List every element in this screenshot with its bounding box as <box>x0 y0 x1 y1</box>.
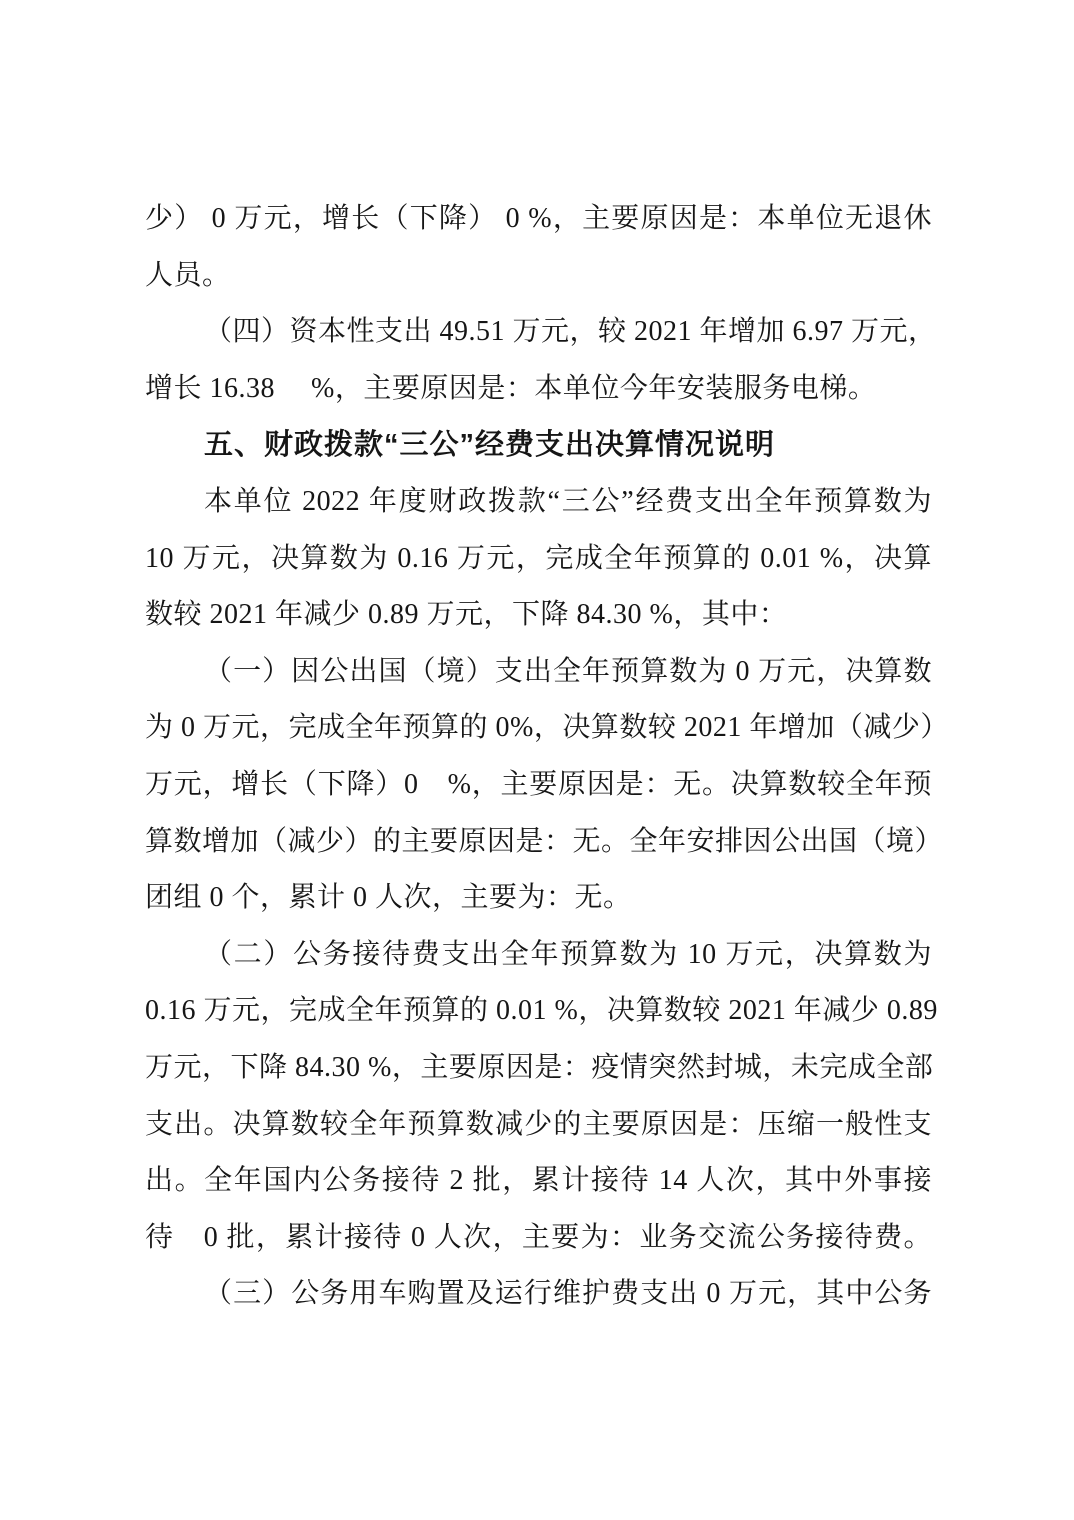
text-line: 待 0 批，累计接待 0 人次，主要为：业务交流公务接待费。 <box>145 1210 932 1267</box>
text-line: 数较 2021 年减少 0.89 万元，下降 84.30 %，其中： <box>145 587 932 644</box>
paragraph-three-public-summary: 本单位 2022 年度财政拨款“三公”经费支出全年预算数为 10 万元，决算数为… <box>145 474 932 644</box>
text-line: （四）资本性支出 49.51 万元，较 2021 年增加 6.97 万元， <box>145 304 932 361</box>
text-line: 万元，下降 84.30 %，主要原因是：疫情突然封城，未完成全部 <box>145 1040 932 1097</box>
document-text-block: 少） 0 万元，增长（下降） 0 %，主要原因是：本单位无退休 人员。 （四）资… <box>145 191 932 1323</box>
document-page: 少） 0 万元，增长（下降） 0 %，主要原因是：本单位无退休 人员。 （四）资… <box>0 0 1074 1520</box>
text-line: 0.16 万元，完成全年预算的 0.01 %，决算数较 2021 年减少 0.8… <box>145 983 932 1040</box>
text-line: 增长 16.38 %，主要原因是：本单位今年安装服务电梯。 <box>145 361 932 418</box>
text-line: 算数增加（减少）的主要原因是：无。全年安排因公出国（境） <box>145 814 932 871</box>
paragraph-pension-tail: 少） 0 万元，增长（下降） 0 %，主要原因是：本单位无退休 人员。 <box>145 191 932 304</box>
text-line: 10 万元，决算数为 0.16 万元，完成全年预算的 0.01 %，决算 <box>145 531 932 588</box>
text-line: 本单位 2022 年度财政拨款“三公”经费支出全年预算数为 <box>145 474 932 531</box>
text-line: 出。全年国内公务接待 2 批，累计接待 14 人次，其中外事接 <box>145 1153 932 1210</box>
paragraph-capital-expenditure: （四）资本性支出 49.51 万元，较 2021 年增加 6.97 万元， 增长… <box>145 304 932 417</box>
text-line: （三）公务用车购置及运行维护费支出 0 万元，其中公务 <box>145 1266 932 1323</box>
section-heading: 五、财政拨款“三公”经费支出决算情况说明 <box>145 417 932 474</box>
text-line: 团组 0 个，累计 0 人次，主要为：无。 <box>145 870 932 927</box>
text-line: 为 0 万元，完成全年预算的 0%，决算数较 2021 年增加（减少） <box>145 700 932 757</box>
paragraph-official-reception: （二）公务接待费支出全年预算数为 10 万元，决算数为 0.16 万元，完成全年… <box>145 927 932 1267</box>
text-line: 人员。 <box>145 248 932 305</box>
text-line: 少） 0 万元，增长（下降） 0 %，主要原因是：本单位无退休 <box>145 191 932 248</box>
paragraph-overseas-trips: （一）因公出国（境）支出全年预算数为 0 万元，决算数 为 0 万元，完成全年预… <box>145 644 932 927</box>
text-line: （二）公务接待费支出全年预算数为 10 万元，决算数为 <box>145 927 932 984</box>
text-line: （一）因公出国（境）支出全年预算数为 0 万元，决算数 <box>145 644 932 701</box>
paragraph-official-vehicles: （三）公务用车购置及运行维护费支出 0 万元，其中公务 <box>145 1266 932 1323</box>
text-line: 支出。决算数较全年预算数减少的主要原因是：压缩一般性支 <box>145 1097 932 1154</box>
text-line: 万元，增长（下降）0 %，主要原因是：无。决算数较全年预 <box>145 757 932 814</box>
